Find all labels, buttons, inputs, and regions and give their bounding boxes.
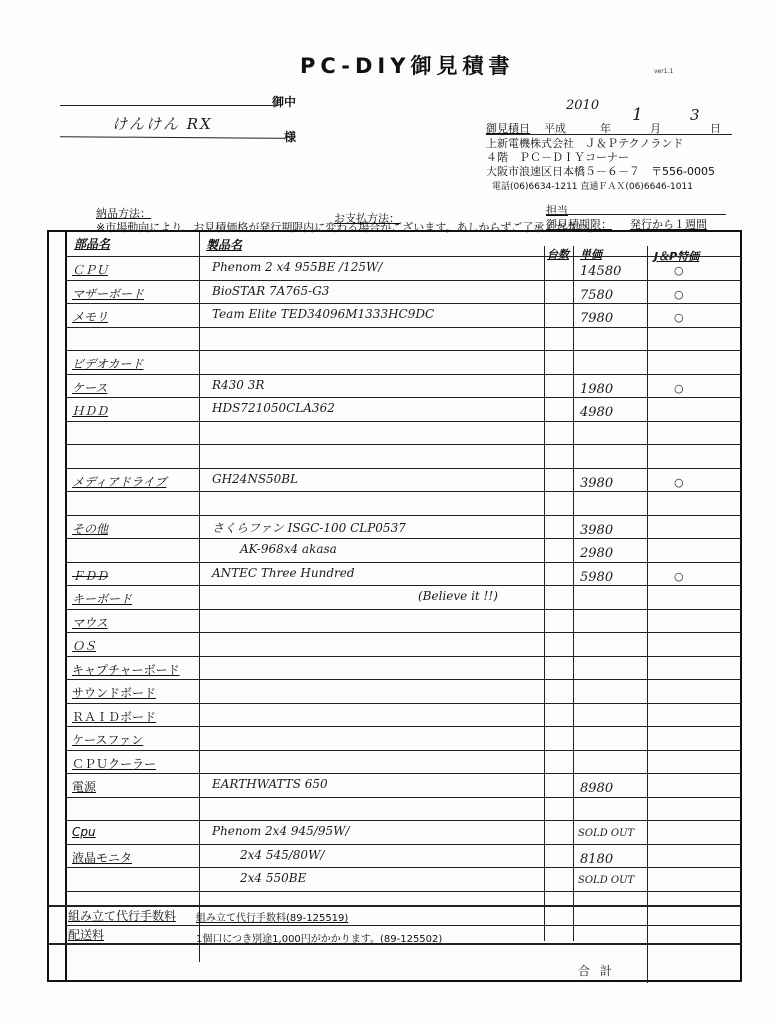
part-name: 液晶モニタ xyxy=(72,849,132,866)
table-row-divider xyxy=(65,750,742,751)
unit-price: 3980 xyxy=(580,476,613,491)
table-row-divider xyxy=(65,397,742,398)
table-row-divider xyxy=(65,303,742,304)
header-product: 製品名 xyxy=(206,236,242,253)
table-row-divider xyxy=(65,350,742,351)
day-unit: 日 xyxy=(710,120,721,136)
estimate-era: 平成 xyxy=(544,120,566,136)
table-row-divider xyxy=(65,562,742,563)
document-version: ver1.1 xyxy=(654,68,673,75)
part-name: ＣＰＵクーラー xyxy=(72,755,156,772)
table-row-divider xyxy=(65,632,742,633)
part-name: キーボード xyxy=(72,590,132,607)
product-name: AK-968x4 akasa xyxy=(240,542,337,556)
part-name: ＨＤＤ xyxy=(72,402,108,419)
product-name: R430 3R xyxy=(212,378,264,392)
table-row-divider xyxy=(65,891,742,892)
product-name: EARTHWATTS 650 xyxy=(212,777,328,791)
company-name-line xyxy=(60,105,273,106)
estimate-document: PC-DIY御見積書 ver1.1 御中 けんけん RX 様 2010 1 3 … xyxy=(0,0,774,1024)
table-row-divider xyxy=(65,609,742,610)
part-name: ＯＳ xyxy=(72,637,96,654)
unit-price: 3980 xyxy=(580,523,613,538)
person-suffix: 様 xyxy=(284,128,296,145)
unit-price: 4980 xyxy=(580,405,613,420)
estimate-date-label: 御見積日 xyxy=(486,120,530,136)
part-name: マザーボード xyxy=(72,285,144,302)
table-row-divider xyxy=(65,468,742,469)
special-price-mark: ○ xyxy=(674,311,684,324)
product-name: Team Elite TED34096M1333HC9DC xyxy=(212,307,434,321)
part-name: ＲＡＩＤボード xyxy=(72,708,156,725)
vendor-address: 大阪市浪速区日本橋５－６－７ 〒556-0005 xyxy=(486,163,715,179)
table-row-divider xyxy=(65,726,742,727)
table-row-divider xyxy=(65,797,742,798)
product-name: 2x4 545/80W/ xyxy=(240,848,324,862)
part-name: サウンドボード xyxy=(72,684,156,701)
product-name: さくらファン ISGC-100 CLP0537 xyxy=(212,519,406,536)
part-name: キャプチャーボード xyxy=(72,661,180,678)
staff-line xyxy=(546,214,726,215)
fee-label-shipping: 配送料 xyxy=(68,926,104,943)
table-row-divider xyxy=(65,327,742,328)
vendor-phone-fax: 電話(06)6634-1211 直通ＦＡＸ(06)6646-1011 xyxy=(492,179,693,192)
table-row-divider xyxy=(65,844,742,845)
special-price-mark: ○ xyxy=(674,570,684,583)
col-divider-product xyxy=(199,232,200,962)
special-price-mark: ○ xyxy=(674,476,684,489)
product-name: (Believe it !!) xyxy=(418,589,498,603)
table-row-divider xyxy=(65,515,742,516)
month-unit: 月 xyxy=(650,120,661,136)
part-name: ケースファン xyxy=(72,731,143,748)
table-row-divider xyxy=(65,444,742,445)
fee-desc-assembly: 組み立て代行手数料(89-125519) xyxy=(196,909,348,924)
unit-price: 7980 xyxy=(580,311,613,326)
estimate-year: 2010 xyxy=(566,98,599,113)
part-name: メディアドライブ xyxy=(72,473,166,490)
header-unit-price: 単価 xyxy=(580,246,602,262)
table-row-divider xyxy=(65,679,742,680)
part-name: Cpu xyxy=(72,825,96,839)
product-name: BioSTAR 7A765-G3 xyxy=(212,284,329,298)
product-name: 2x4 550BE xyxy=(240,871,306,885)
part-name: 電源 xyxy=(72,778,96,795)
table-row-divider xyxy=(65,585,742,586)
table-row-divider xyxy=(65,703,742,704)
total-label: 合計 xyxy=(578,962,622,979)
unit-price: SOLD OUT xyxy=(578,875,634,886)
product-name: Phenom 2x4 945/95W/ xyxy=(212,824,350,838)
table-row-divider xyxy=(65,773,742,774)
table-row-divider xyxy=(65,538,742,539)
special-price-mark: ○ xyxy=(674,288,684,301)
fee-label-assembly: 組み立て代行手数料 xyxy=(68,907,176,924)
document-title: PC-DIY御見積書 xyxy=(300,50,514,80)
person-name-line xyxy=(60,136,285,139)
table-row-divider xyxy=(65,421,742,422)
table-row-divider xyxy=(65,491,742,492)
part-name: その他 xyxy=(72,520,108,537)
product-name: Phenom 2 x4 955BE /125W/ xyxy=(212,260,382,274)
header-divider xyxy=(65,256,742,257)
estimate-table xyxy=(47,230,742,982)
product-name: GH24NS50BL xyxy=(212,472,298,486)
col-divider-special xyxy=(647,246,648,983)
table-row-divider xyxy=(65,867,742,868)
fee-row-divider xyxy=(65,925,742,926)
unit-price: 1980 xyxy=(580,382,613,397)
table-row-divider xyxy=(65,820,742,821)
part-name: ＣＰＵ xyxy=(72,261,108,278)
unit-price: 7580 xyxy=(580,288,613,303)
product-name: HDS721050CLA362 xyxy=(212,401,335,415)
company-suffix: 御中 xyxy=(272,93,296,110)
estimate-date-row: 御見積日 平成 年 月 日 xyxy=(486,120,732,135)
special-price-mark: ○ xyxy=(674,382,684,395)
table-row-divider xyxy=(65,280,742,281)
part-name: ビデオカード xyxy=(72,355,143,372)
unit-price: SOLD OUT xyxy=(578,828,634,839)
total-divider xyxy=(47,943,742,945)
special-price-mark: ○ xyxy=(674,264,684,277)
part-name: ケース xyxy=(72,379,107,396)
part-name: ＦＤＤ xyxy=(72,567,108,584)
header-part: 部品名 xyxy=(74,235,110,252)
table-row-divider xyxy=(65,656,742,657)
unit-price: 8980 xyxy=(580,781,613,796)
recipient-name: けんけん RX xyxy=(112,113,213,134)
part-name: メモリ xyxy=(72,308,108,325)
part-name: マウス xyxy=(72,614,108,631)
table-row-divider xyxy=(65,374,742,375)
year-unit: 年 xyxy=(600,120,611,136)
product-name: ANTEC Three Hundred xyxy=(212,566,355,580)
unit-price: 5980 xyxy=(580,570,613,585)
header-qty: 台数 xyxy=(547,246,569,262)
unit-price: 2980 xyxy=(580,546,613,561)
unit-price: 14580 xyxy=(580,264,621,279)
unit-price: 8180 xyxy=(580,852,613,867)
